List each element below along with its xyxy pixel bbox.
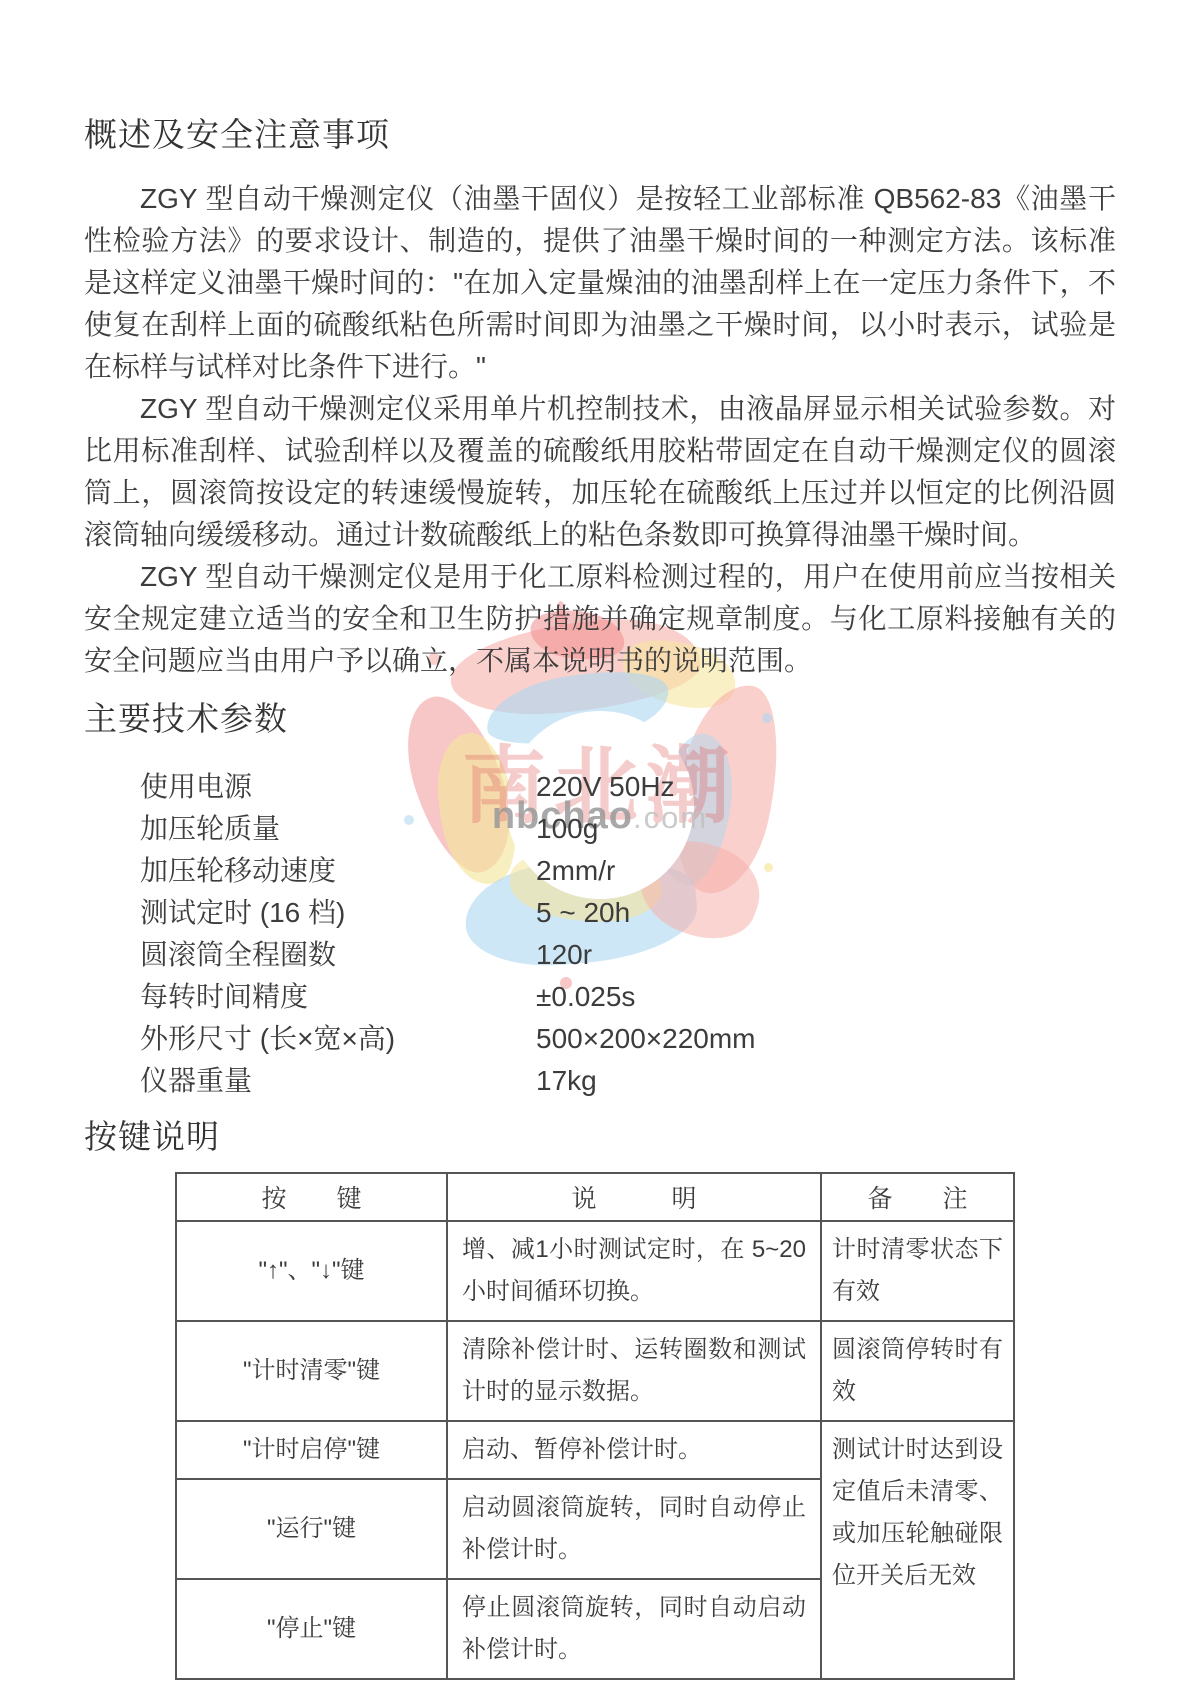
table-row: "计时启停"键 启动、暂停补偿计时。 测试计时达到设定值后未清零、或加压轮触碰限… bbox=[176, 1421, 1014, 1479]
key-cell: "运行"键 bbox=[176, 1479, 447, 1579]
spec-label: 加压轮质量 bbox=[140, 813, 280, 844]
spec-row: 使用电源 220V 50Hz bbox=[84, 766, 1116, 808]
desc-cell: 停止圆滚筒旋转，同时自动启动补偿计时。 bbox=[447, 1579, 821, 1679]
spec-label: 圆滚筒全程圈数 bbox=[140, 939, 336, 970]
spec-row: 仪器重量 17kg bbox=[84, 1060, 1116, 1102]
spec-value: 500×200×220mm bbox=[536, 1018, 756, 1060]
spec-row: 圆滚筒全程圈数 120r bbox=[84, 934, 1116, 976]
note-cell-merged: 测试计时达到设定值后未清零、或加压轮触碰限位开关后无效 bbox=[821, 1421, 1014, 1679]
keys-table-header-key: 按 键 bbox=[176, 1173, 447, 1221]
spec-value: 17kg bbox=[536, 1060, 597, 1102]
overview-paragraph-1: ZGY 型自动干燥测定仪（油墨干固仪）是按轻工业部标准 QB562-83《油墨干… bbox=[84, 178, 1116, 388]
keys-table-header-desc: 说 明 bbox=[447, 1173, 821, 1221]
keys-table-header-row: 按 键 说 明 备 注 bbox=[176, 1173, 1014, 1221]
spec-row: 加压轮移动速度 2mm/r bbox=[84, 850, 1116, 892]
keys-table-header-note: 备 注 bbox=[821, 1173, 1014, 1221]
spec-value: 120r bbox=[536, 934, 592, 976]
spec-label: 仪器重量 bbox=[140, 1065, 252, 1096]
key-cell: "计时清零"键 bbox=[176, 1321, 447, 1421]
section-title-specs: 主要技术参数 bbox=[84, 700, 1116, 738]
keys-table: 按 键 说 明 备 注 "↑"、"↓"键 增、减1小时测试定时，在 5~20 小… bbox=[175, 1172, 1015, 1680]
spec-row: 每转时间精度 ±0.025s bbox=[84, 976, 1116, 1018]
spec-value: ±0.025s bbox=[536, 976, 635, 1018]
spec-label: 外形尺寸 (长×宽×高) bbox=[140, 1023, 395, 1054]
spec-row: 外形尺寸 (长×宽×高) 500×200×220mm bbox=[84, 1018, 1116, 1060]
spec-row: 测试定时 (16 档) 5 ~ 20h bbox=[84, 892, 1116, 934]
table-row: "计时清零"键 清除补偿计时、运转圈数和测试计时的显示数据。 圆滚筒停转时有效 bbox=[176, 1321, 1014, 1421]
spec-label: 测试定时 (16 档) bbox=[140, 897, 345, 928]
key-cell: "计时启停"键 bbox=[176, 1421, 447, 1479]
overview-paragraphs: ZGY 型自动干燥测定仪（油墨干固仪）是按轻工业部标准 QB562-83《油墨干… bbox=[84, 178, 1116, 682]
key-cell: "停止"键 bbox=[176, 1579, 447, 1679]
spec-value: 220V 50Hz bbox=[536, 766, 675, 808]
spec-value: 100g bbox=[536, 808, 598, 850]
note-cell: 圆滚筒停转时有效 bbox=[821, 1321, 1014, 1421]
page-content: 概述及安全注意事项 ZGY 型自动干燥测定仪（油墨干固仪）是按轻工业部标准 QB… bbox=[0, 116, 1200, 1680]
desc-cell: 启动圆滚筒旋转，同时自动停止补偿计时。 bbox=[447, 1479, 821, 1579]
spec-row: 加压轮质量 100g bbox=[84, 808, 1116, 850]
section-title-keys: 按键说明 bbox=[84, 1118, 1116, 1156]
key-cell: "↑"、"↓"键 bbox=[176, 1221, 447, 1321]
specs-list: 使用电源 220V 50Hz 加压轮质量 100g 加压轮移动速度 2mm/r … bbox=[84, 766, 1116, 1102]
overview-paragraph-2: ZGY 型自动干燥测定仪采用单片机控制技术，由液晶屏显示相关试验参数。对比用标准… bbox=[84, 388, 1116, 556]
note-cell: 计时清零状态下有效 bbox=[821, 1221, 1014, 1321]
desc-cell: 启动、暂停补偿计时。 bbox=[447, 1421, 821, 1479]
spec-value: 5 ~ 20h bbox=[536, 892, 630, 934]
desc-cell: 清除补偿计时、运转圈数和测试计时的显示数据。 bbox=[447, 1321, 821, 1421]
spec-label: 加压轮移动速度 bbox=[140, 855, 336, 886]
spec-value: 2mm/r bbox=[536, 850, 615, 892]
desc-cell: 增、减1小时测试定时，在 5~20 小时间循环切换。 bbox=[447, 1221, 821, 1321]
overview-paragraph-3: ZGY 型自动干燥测定仪是用于化工原料检测过程的，用户在使用前应当按相关安全规定… bbox=[84, 556, 1116, 682]
manual-page: 南北潮 nbchao.com 概述及安全注意事项 ZGY 型自动干燥测定仪（油墨… bbox=[0, 0, 1200, 1697]
spec-label: 每转时间精度 bbox=[140, 981, 308, 1012]
table-row: "↑"、"↓"键 增、减1小时测试定时，在 5~20 小时间循环切换。 计时清零… bbox=[176, 1221, 1014, 1321]
spec-label: 使用电源 bbox=[140, 771, 252, 802]
section-title-overview: 概述及安全注意事项 bbox=[84, 116, 1116, 154]
